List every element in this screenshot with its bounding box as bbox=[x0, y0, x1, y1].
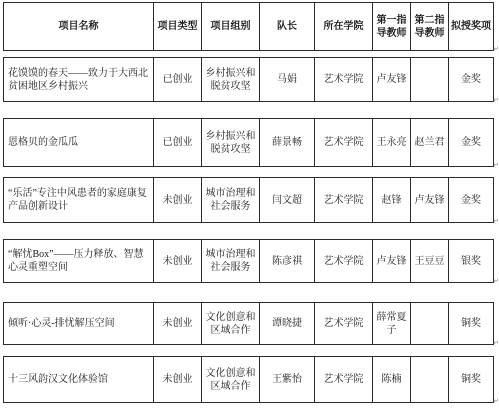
header-project-name: 项目名称 bbox=[4, 3, 153, 50]
row-end-marker-icon: ↵ bbox=[493, 162, 499, 169]
table-row: 十三风韵汉文化体验馆未创业文化创意和区域合作王紫怡艺术学院陈楠铜奖↵ bbox=[3, 356, 494, 403]
cell-name: “乐活”专注中风患者的家庭康复产品创新设计 bbox=[4, 178, 153, 222]
cell-name: “解忧Box”——压力释放、智慧心灵重塑空间 bbox=[4, 240, 153, 282]
awards-table: 项目名称 项目类型 项目组别 队长 所在学院 第一指导教师 第二指导教师 拟授奖… bbox=[3, 2, 494, 403]
cell-type: 未创业 bbox=[153, 240, 201, 282]
cell-college: 艺术学院 bbox=[314, 58, 372, 101]
cell-college: 艺术学院 bbox=[314, 240, 372, 282]
cell-leader: 薛景畅 bbox=[259, 119, 314, 166]
cell-type: 已创业 bbox=[153, 119, 201, 166]
row-end-marker-icon: ↵ bbox=[493, 278, 499, 285]
cell-group: 城市治理和社会服务 bbox=[201, 240, 259, 282]
header-proposed-award: 拟授奖项 bbox=[448, 3, 493, 50]
cell-award: 铜奖 bbox=[448, 303, 493, 344]
cell-advisor1: 陈楠 bbox=[372, 357, 410, 402]
cell-award: 金奖 bbox=[448, 119, 493, 166]
header-first-advisor: 第一指导教师 bbox=[372, 3, 410, 50]
cell-advisor1: 薛常夏子 bbox=[372, 303, 410, 344]
cell-leader: 闫文超 bbox=[259, 178, 314, 222]
cell-advisor2 bbox=[410, 303, 448, 344]
table-row: 恩格贝的金瓜瓜已创业乡村振兴和脱贫攻坚薛景畅艺术学院王永亮赵兰君金奖↵ bbox=[3, 118, 494, 167]
cell-advisor2 bbox=[410, 58, 448, 101]
cell-advisor2 bbox=[410, 357, 448, 402]
cell-award: 银奖 bbox=[448, 240, 493, 282]
cell-name: 恩格贝的金瓜瓜 bbox=[4, 119, 153, 166]
cell-name: 倾听·心灵-排忧解压空间 bbox=[4, 303, 153, 344]
cell-group: 乡村振兴和脱贫攻坚 bbox=[201, 119, 259, 166]
table-row: “乐活”专注中风患者的家庭康复产品创新设计未创业城市治理和社会服务闫文超艺术学院… bbox=[3, 177, 494, 223]
table-row: 倾听·心灵-排忧解压空间未创业文化创意和区域合作谭晓捷艺术学院薛常夏子铜奖↵ bbox=[3, 302, 494, 345]
cell-award: 金奖 bbox=[448, 178, 493, 222]
cell-advisor1: 王永亮 bbox=[372, 119, 410, 166]
header-team-leader: 队长 bbox=[259, 3, 314, 50]
cell-group: 乡村振兴和脱贫攻坚 bbox=[201, 58, 259, 101]
cell-award: 铜奖 bbox=[448, 357, 493, 402]
table-row: “解忧Box”——压力释放、智慧心灵重塑空间未创业城市治理和社会服务陈彦祺艺术学… bbox=[3, 239, 494, 283]
cell-advisor2: 赵兰君 bbox=[410, 119, 448, 166]
cell-college: 艺术学院 bbox=[314, 178, 372, 222]
cell-advisor1: 赵锋 bbox=[372, 178, 410, 222]
cell-advisor2: 王豆豆 bbox=[410, 240, 448, 282]
cell-advisor1: 卢友锋 bbox=[372, 58, 410, 101]
cell-type: 未创业 bbox=[153, 303, 201, 344]
table-header-row: 项目名称 项目类型 项目组别 队长 所在学院 第一指导教师 第二指导教师 拟授奖… bbox=[3, 2, 494, 51]
row-end-marker-icon: ↵ bbox=[493, 218, 499, 225]
header-project-type: 项目类型 bbox=[153, 3, 201, 50]
cell-group: 文化创意和区域合作 bbox=[201, 357, 259, 402]
row-end-marker-icon: ↵ bbox=[493, 398, 499, 405]
header-project-group: 项目组别 bbox=[201, 3, 259, 50]
cell-type: 未创业 bbox=[153, 178, 201, 222]
table-body: 花馍馍的春天——致力于大西北贫困地区乡村振兴已创业乡村振兴和脱贫攻坚马娟艺术学院… bbox=[3, 57, 494, 403]
cell-group: 城市治理和社会服务 bbox=[201, 178, 259, 222]
table-row: 花馍馍的春天——致力于大西北贫困地区乡村振兴已创业乡村振兴和脱贫攻坚马娟艺术学院… bbox=[3, 57, 494, 102]
cell-leader: 陈彦祺 bbox=[259, 240, 314, 282]
cell-leader: 马娟 bbox=[259, 58, 314, 101]
cell-advisor2: 卢友锋 bbox=[410, 178, 448, 222]
cell-leader: 王紫怡 bbox=[259, 357, 314, 402]
cell-college: 艺术学院 bbox=[314, 303, 372, 344]
cell-name: 花馍馍的春天——致力于大西北贫困地区乡村振兴 bbox=[4, 58, 153, 101]
cell-type: 未创业 bbox=[153, 357, 201, 402]
row-end-marker-icon: ↵ bbox=[493, 340, 499, 347]
cell-group: 文化创意和区域合作 bbox=[201, 303, 259, 344]
row-end-marker-icon: ↵ bbox=[493, 46, 499, 53]
cell-name: 十三风韵汉文化体验馆 bbox=[4, 357, 153, 402]
cell-college: 艺术学院 bbox=[314, 119, 372, 166]
header-second-advisor: 第二指导教师 bbox=[410, 3, 448, 50]
cell-leader: 谭晓捷 bbox=[259, 303, 314, 344]
cell-college: 艺术学院 bbox=[314, 357, 372, 402]
header-college: 所在学院 bbox=[314, 3, 372, 50]
row-end-marker-icon: ↵ bbox=[493, 97, 499, 104]
cell-award: 金奖 bbox=[448, 58, 493, 101]
cell-type: 已创业 bbox=[153, 58, 201, 101]
cell-advisor1: 卢友锋 bbox=[372, 240, 410, 282]
